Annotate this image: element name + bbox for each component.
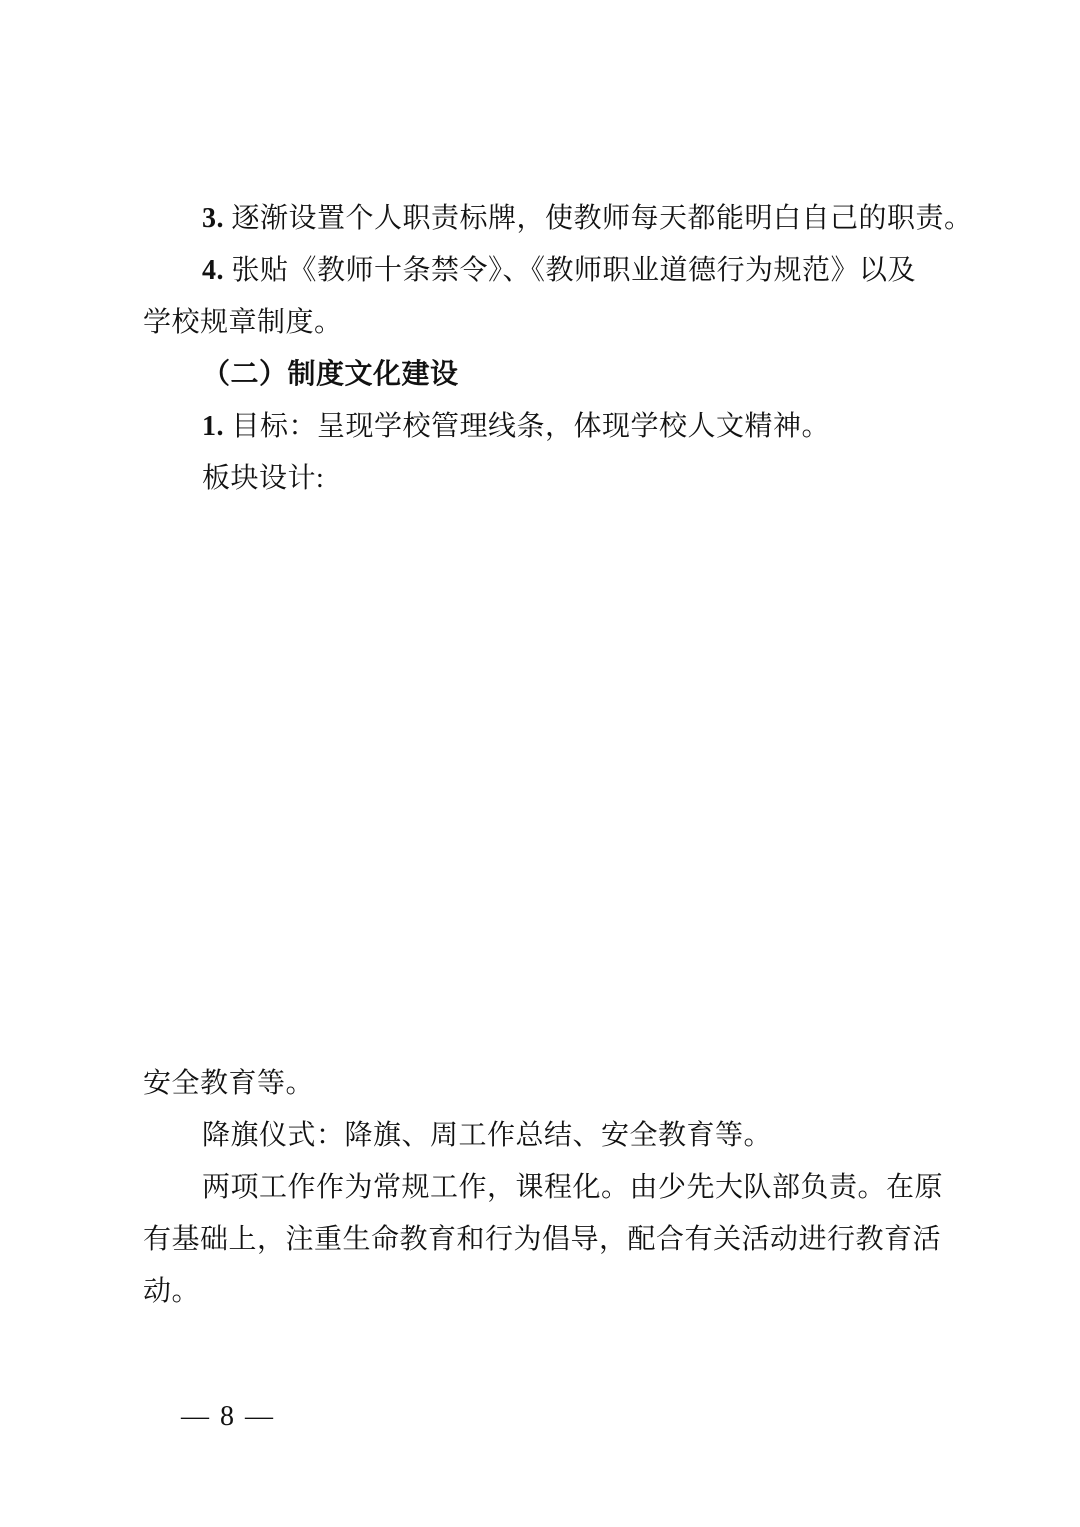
bold-text-segment: （二）制度文化建设	[202, 359, 459, 390]
text-line: 1. 目标：呈现学校管理线条，体现学校人文精神。	[143, 401, 973, 453]
text-line: 3. 逐渐设置个人职责标牌，使教师每天都能明白自己的职责。	[143, 193, 973, 245]
upper-text-block: 3. 逐渐设置个人职责标牌，使教师每天都能明白自己的职责。4. 张贴《教师十条禁…	[143, 193, 973, 505]
text-line: 学校规章制度。	[143, 297, 973, 349]
text-segment: 逐渐设置个人职责标牌，使教师每天都能明白自己的职责。	[232, 203, 973, 234]
text-line: 两项工作作为常规工作，课程化。由少先大队部负责。在原	[143, 1162, 973, 1214]
bold-text-segment: 4.	[202, 255, 232, 286]
text-segment: 降旗仪式：降旗、周工作总结、安全教育等。	[202, 1120, 772, 1151]
text-segment: 板块设计:	[202, 463, 324, 494]
text-line: 板块设计:	[143, 453, 973, 505]
text-segment: 动。	[143, 1276, 200, 1307]
text-segment: 安全教育等。	[143, 1068, 314, 1099]
text-line: 动。	[143, 1266, 973, 1318]
lower-text-block: 安全教育等。降旗仪式：降旗、周工作总结、安全教育等。两项工作作为常规工作，课程化…	[143, 1058, 973, 1318]
page-number: — 8 —	[181, 1400, 275, 1434]
text-segment: 学校规章制度。	[143, 307, 343, 338]
document-page: 3. 逐渐设置个人职责标牌，使教师每天都能明白自己的职责。4. 张贴《教师十条禁…	[0, 0, 1080, 1527]
bold-text-segment: 1.	[202, 411, 232, 442]
text-line: 4. 张贴《教师十条禁令》、《教师职业道德行为规范》以及	[143, 245, 973, 297]
text-line: （二）制度文化建设	[143, 349, 973, 401]
text-line: 降旗仪式：降旗、周工作总结、安全教育等。	[143, 1110, 973, 1162]
text-line: 有基础上，注重生命教育和行为倡导，配合有关活动进行教育活	[143, 1214, 973, 1266]
text-segment: 张贴《教师十条禁令》、《教师职业道德行为规范》以及	[232, 255, 917, 286]
text-segment: 两项工作作为常规工作，课程化。由少先大队部负责。在原	[202, 1172, 943, 1203]
text-segment: 有基础上，注重生命教育和行为倡导，配合有关活动进行教育活	[143, 1224, 941, 1255]
text-segment: 目标：呈现学校管理线条，体现学校人文精神。	[232, 411, 831, 442]
bold-text-segment: 3.	[202, 203, 232, 234]
text-line: 安全教育等。	[143, 1058, 973, 1110]
